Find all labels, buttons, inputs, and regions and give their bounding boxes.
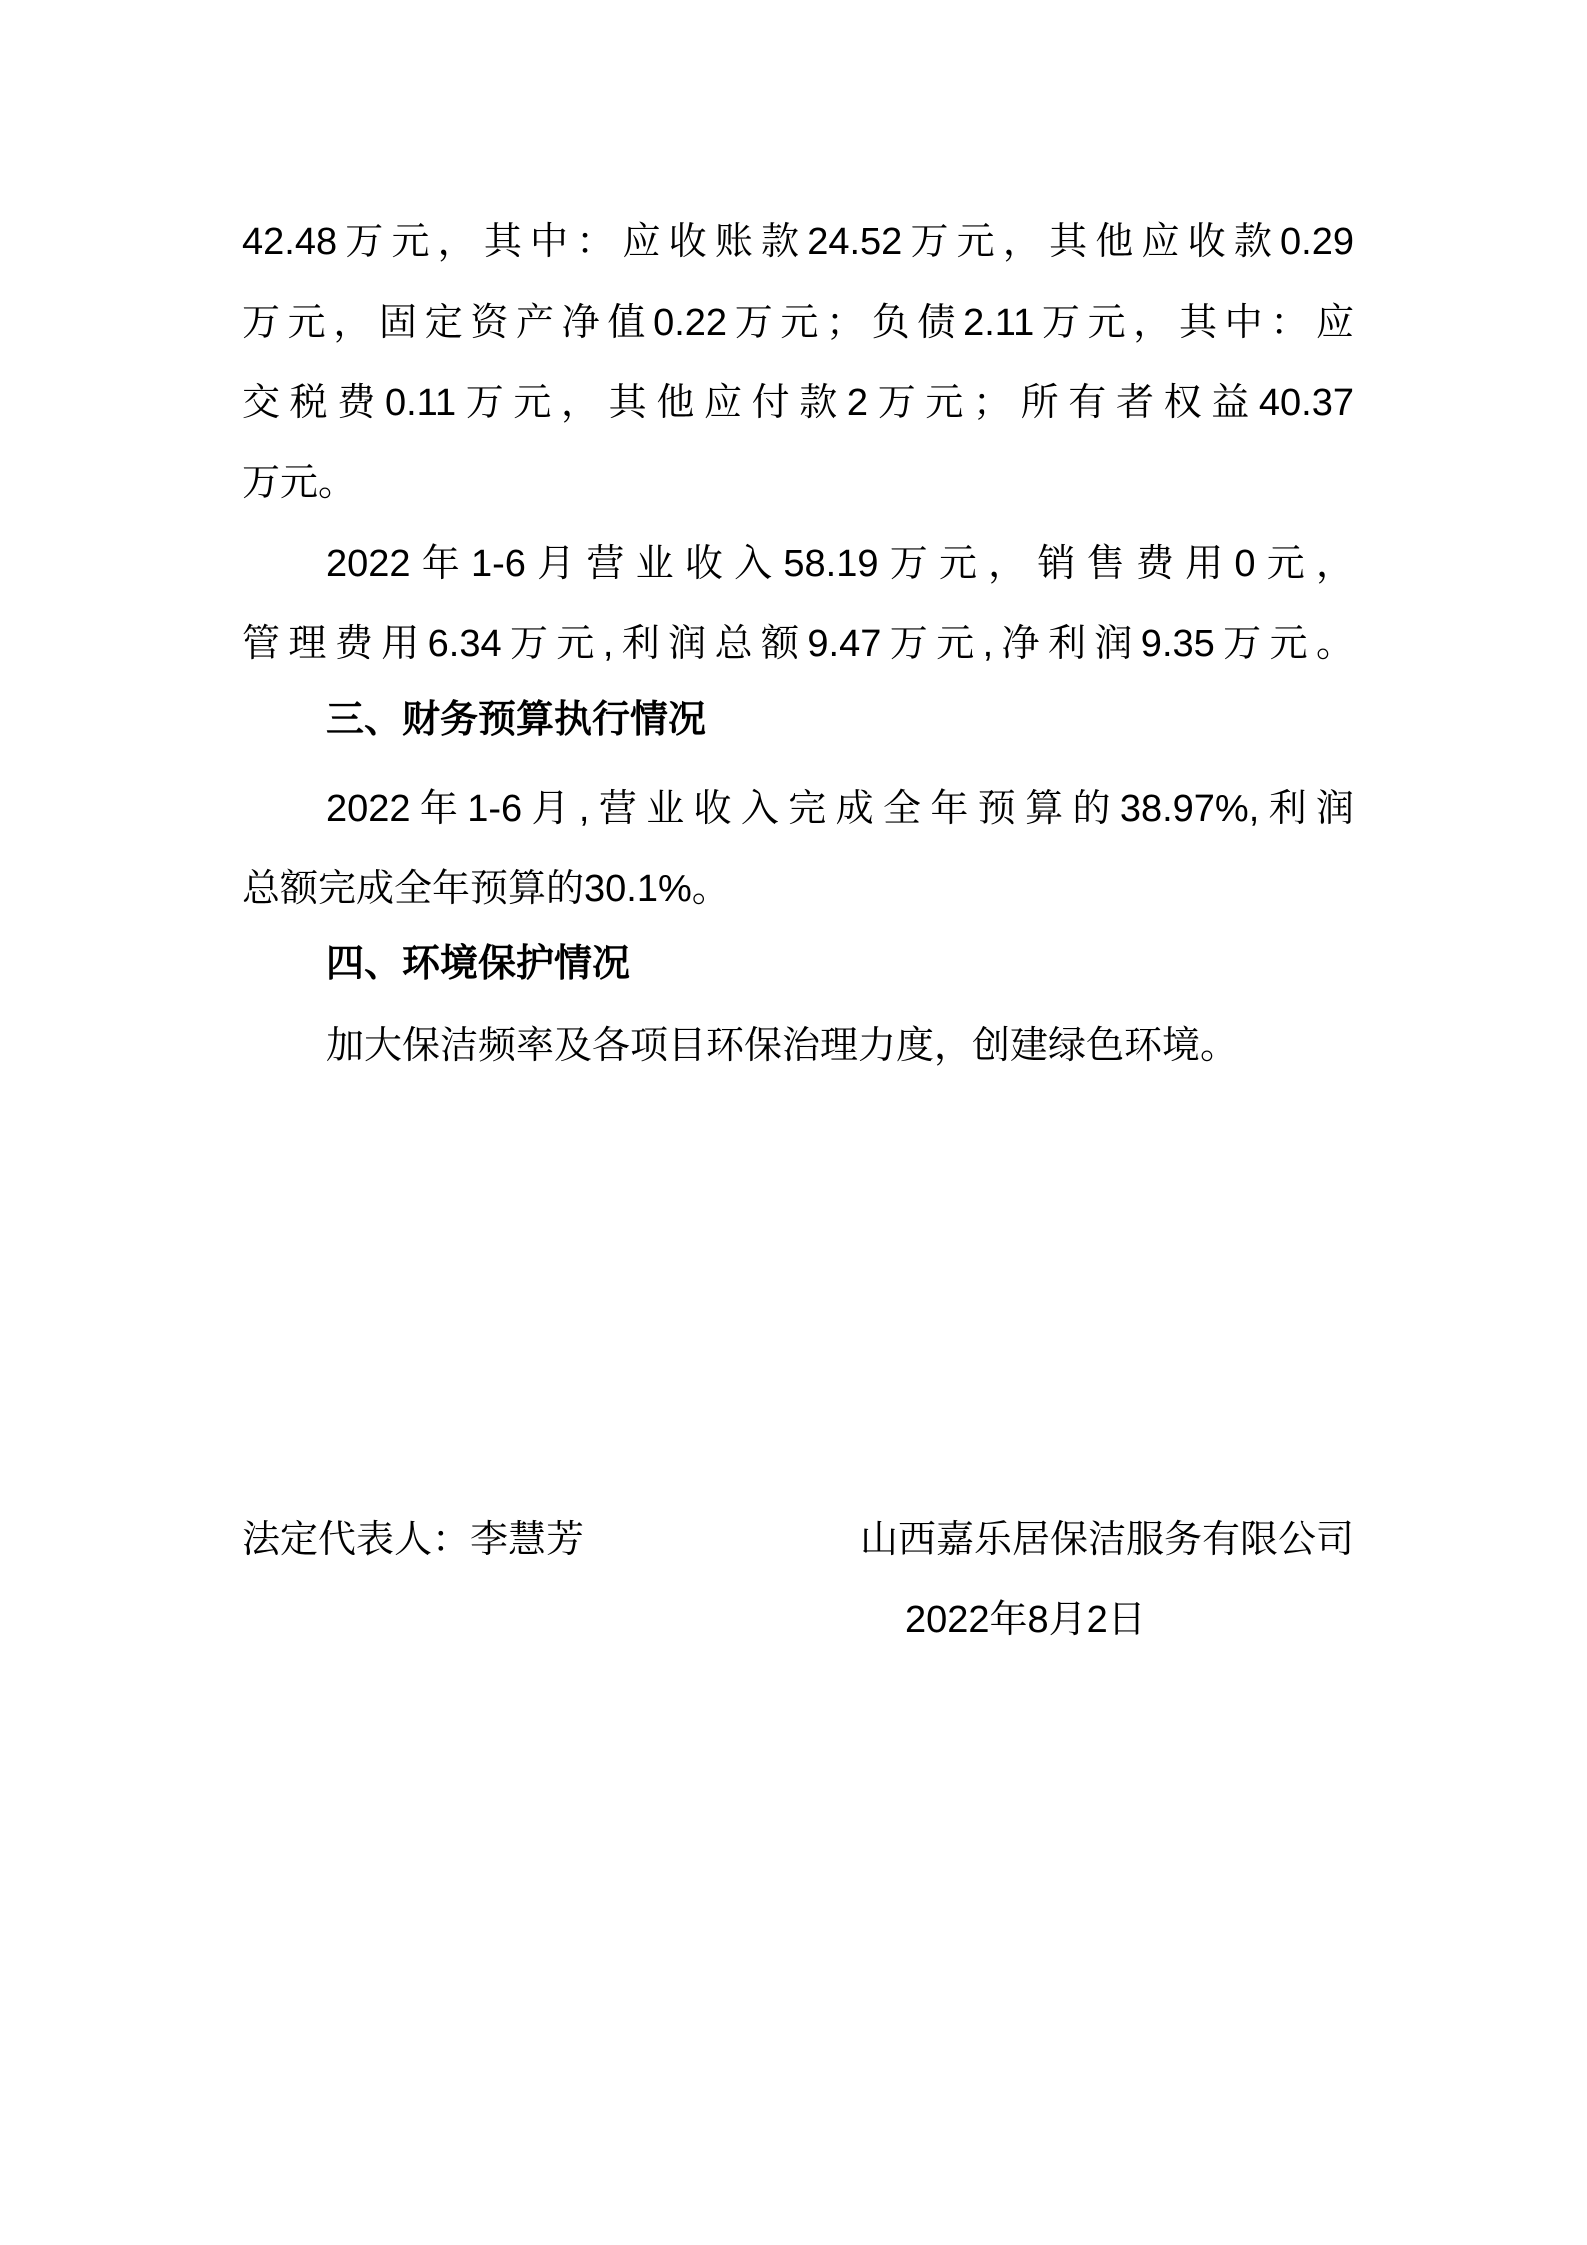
environment-line-1: 加大保洁频率及各项目环保治理力度，创建绿色环境。 xyxy=(326,1022,1354,1070)
balance-line-4: 万元。 xyxy=(242,459,1354,507)
signature-date: 2022年8月2日 xyxy=(905,1596,1146,1644)
balance-line-2: 万元，固定资产净值0.22万元；负债2.11万元，其中：应 xyxy=(242,299,1354,347)
legal-representative: 法定代表人：李慧芳 xyxy=(242,1516,584,1564)
document-page: 42.48万元，其中：应收账款24.52万元，其他应收款0.29 万元，固定资产… xyxy=(0,0,1587,2245)
balance-line-3: 交税费0.11万元，其他应付款2万元；所有者权益40.37 xyxy=(242,379,1354,427)
income-line-2: 管理费用6.34万元,利润总额9.47万元,净利润9.35万元。 xyxy=(242,620,1354,668)
budget-line-1: 2022年1-6月,营业收入完成全年预算的38.97%,利润 xyxy=(326,785,1354,833)
budget-line-2: 总额完成全年预算的30.1%。 xyxy=(242,865,1354,913)
section-4-heading: 四、环境保护情况 xyxy=(326,940,1354,988)
balance-line-1: 42.48万元，其中：应收账款24.52万元，其他应收款0.29 xyxy=(242,218,1354,266)
income-line-1: 2022年1-6月营业收入58.19万元，销售费用0元， xyxy=(326,540,1354,588)
section-3-heading: 三、财务预算执行情况 xyxy=(326,696,1354,744)
company-name: 山西嘉乐居保洁服务有限公司 xyxy=(860,1516,1354,1564)
